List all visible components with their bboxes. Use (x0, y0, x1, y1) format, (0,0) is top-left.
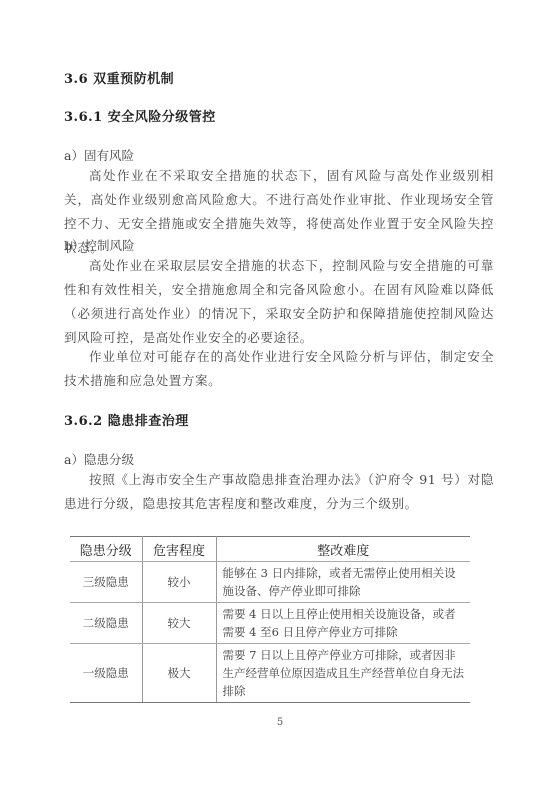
section-heading-3-6-1: 3.6.1 安全风险分级管控 (64, 106, 216, 125)
paragraph-hazard-grading: 按照《上海市安全生产事故隐患排查治理办法》（沪府令 91 号）对隐患进行分级，隐… (64, 468, 494, 516)
hazard-grading-table: 隐患分级 危害程度 整改难度 三级隐患 较小 能够在 3 日内排除，或者无需停止… (70, 536, 470, 703)
cell-difficulty: 需要 4 日以上且停止使用相关设施设备，或者需要 4 至6 日且停产停业方可排除 (216, 603, 470, 644)
table-header-row: 隐患分级 危害程度 整改难度 (70, 537, 470, 562)
cell-level: 一级隐患 (70, 644, 142, 703)
cell-harm: 较大 (142, 603, 216, 644)
subheading-control-risk: b）控制风险 (64, 236, 135, 254)
section-heading-3-6-2: 3.6.2 隐患排查治理 (64, 410, 189, 429)
document-page: 3.6 双重预防机制 3.6.1 安全风险分级管控 a）固有风险 高处作业在不采… (0, 0, 560, 790)
cell-level: 二级隐患 (70, 603, 142, 644)
paragraph-risk-assessment: 作业单位对可能存在的高处作业进行安全风险分析与评估，制定安全技术措施和应急处置方… (64, 345, 494, 393)
subheading-hazard-grading: a）隐患分级 (64, 450, 134, 468)
cell-harm: 较小 (142, 562, 216, 603)
cell-harm: 极大 (142, 644, 216, 703)
header-harm: 危害程度 (142, 537, 216, 562)
table-row: 二级隐患 较大 需要 4 日以上且停止使用相关设施设备，或者需要 4 至6 日且… (70, 603, 470, 644)
header-difficulty: 整改难度 (216, 537, 470, 562)
cell-level: 三级隐患 (70, 562, 142, 603)
cell-difficulty: 能够在 3 日内排除，或者无需停止使用相关设施设备、停产停业即可排除 (216, 562, 470, 603)
paragraph-control-risk: 高处作业在采取层层安全措施的状态下，控制风险与安全措施的可靠性和有效性相关，安全… (64, 254, 494, 350)
table-row: 一级隐患 极大 需要 7 日以上且停产停业方可排除，或者因非生产经营单位原因造成… (70, 644, 470, 703)
section-heading-3-6: 3.6 双重预防机制 (64, 68, 174, 87)
page-number: 5 (0, 717, 560, 728)
table-row: 三级隐患 较小 能够在 3 日内排除，或者无需停止使用相关设施设备、停产停业即可… (70, 562, 470, 603)
cell-difficulty: 需要 7 日以上且停产停业方可排除，或者因非生产经营单位原因造成且生产经营单位自… (216, 644, 470, 703)
header-level: 隐患分级 (70, 537, 142, 562)
subheading-inherent-risk: a）固有风险 (64, 146, 134, 164)
